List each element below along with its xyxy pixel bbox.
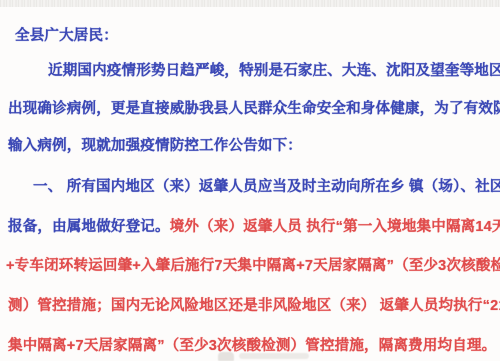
notice-line-6: 报备，由属地做好登记。境外（来）返肇人员 执行“第一入境地集中隔离14天 — [8, 217, 500, 237]
text-segment: 测）管控措施；国内无论风险地区还是非风险地区（来） 返肇人员均执行“21天 — [8, 298, 500, 314]
photo-watermark — [218, 351, 328, 361]
notice-line-3: 出现确诊病例，更是直接威胁我县人民群众生命安全和身体健康，为了有效防范 — [8, 99, 500, 119]
text-segment: 报备，由属地做好登记。 — [8, 219, 170, 235]
text-segment: 输入病例，现就加强疫情防控工作公告如下： — [8, 138, 302, 154]
notice-line-7: +专车闭环转运回肇+入肇后施行7天集中隔离+7天居家隔离”（至少3次核酸检 — [6, 256, 500, 276]
watermark-text-fragment — [239, 353, 309, 359]
text-segment: 近期国内疫情形势日趋严峻，特别是石家庄、大连、沈阳及望奎等地区连续 — [48, 63, 500, 79]
text-segment: 出现确诊病例，更是直接威胁我县人民群众生命安全和身体健康，为了有效防范 — [8, 101, 500, 117]
text-segment: 境外（来）返肇人员 执行“第一入境地集中隔离14天 — [170, 219, 500, 235]
notice-line-2: 近期国内疫情形势日趋严峻，特别是石家庄、大连、沈阳及望奎等地区连续 — [48, 61, 500, 81]
notice-line-5: 一、 所有国内地区（来）返肇人员应当及时主动向所在乡 镇（场）、社区 — [33, 177, 500, 197]
notice-line-8: 测）管控措施；国内无论风险地区还是非风险地区（来） 返肇人员均执行“21天 — [8, 296, 500, 316]
text-segment: 一、 所有国内地区（来）返肇人员应当及时主动向所在乡 镇（场）、社区 — [33, 179, 500, 195]
text-segment: +专车闭环转运回肇+入肇后施行7天集中隔离+7天居家隔离”（至少3次核酸检 — [6, 258, 500, 274]
notice-line-4: 输入病例，现就加强疫情防控工作公告如下： — [8, 136, 302, 156]
text-segment: 全县广大居民： — [15, 28, 118, 44]
notice-photo: 全县广大居民：近期国内疫情形势日趋严峻，特别是石家庄、大连、沈阳及望奎等地区连续… — [0, 0, 500, 361]
decorative-top-border — [0, 0, 500, 7]
notice-line-1: 全县广大居民： — [15, 26, 118, 46]
watermark-logo-icon — [218, 352, 234, 361]
